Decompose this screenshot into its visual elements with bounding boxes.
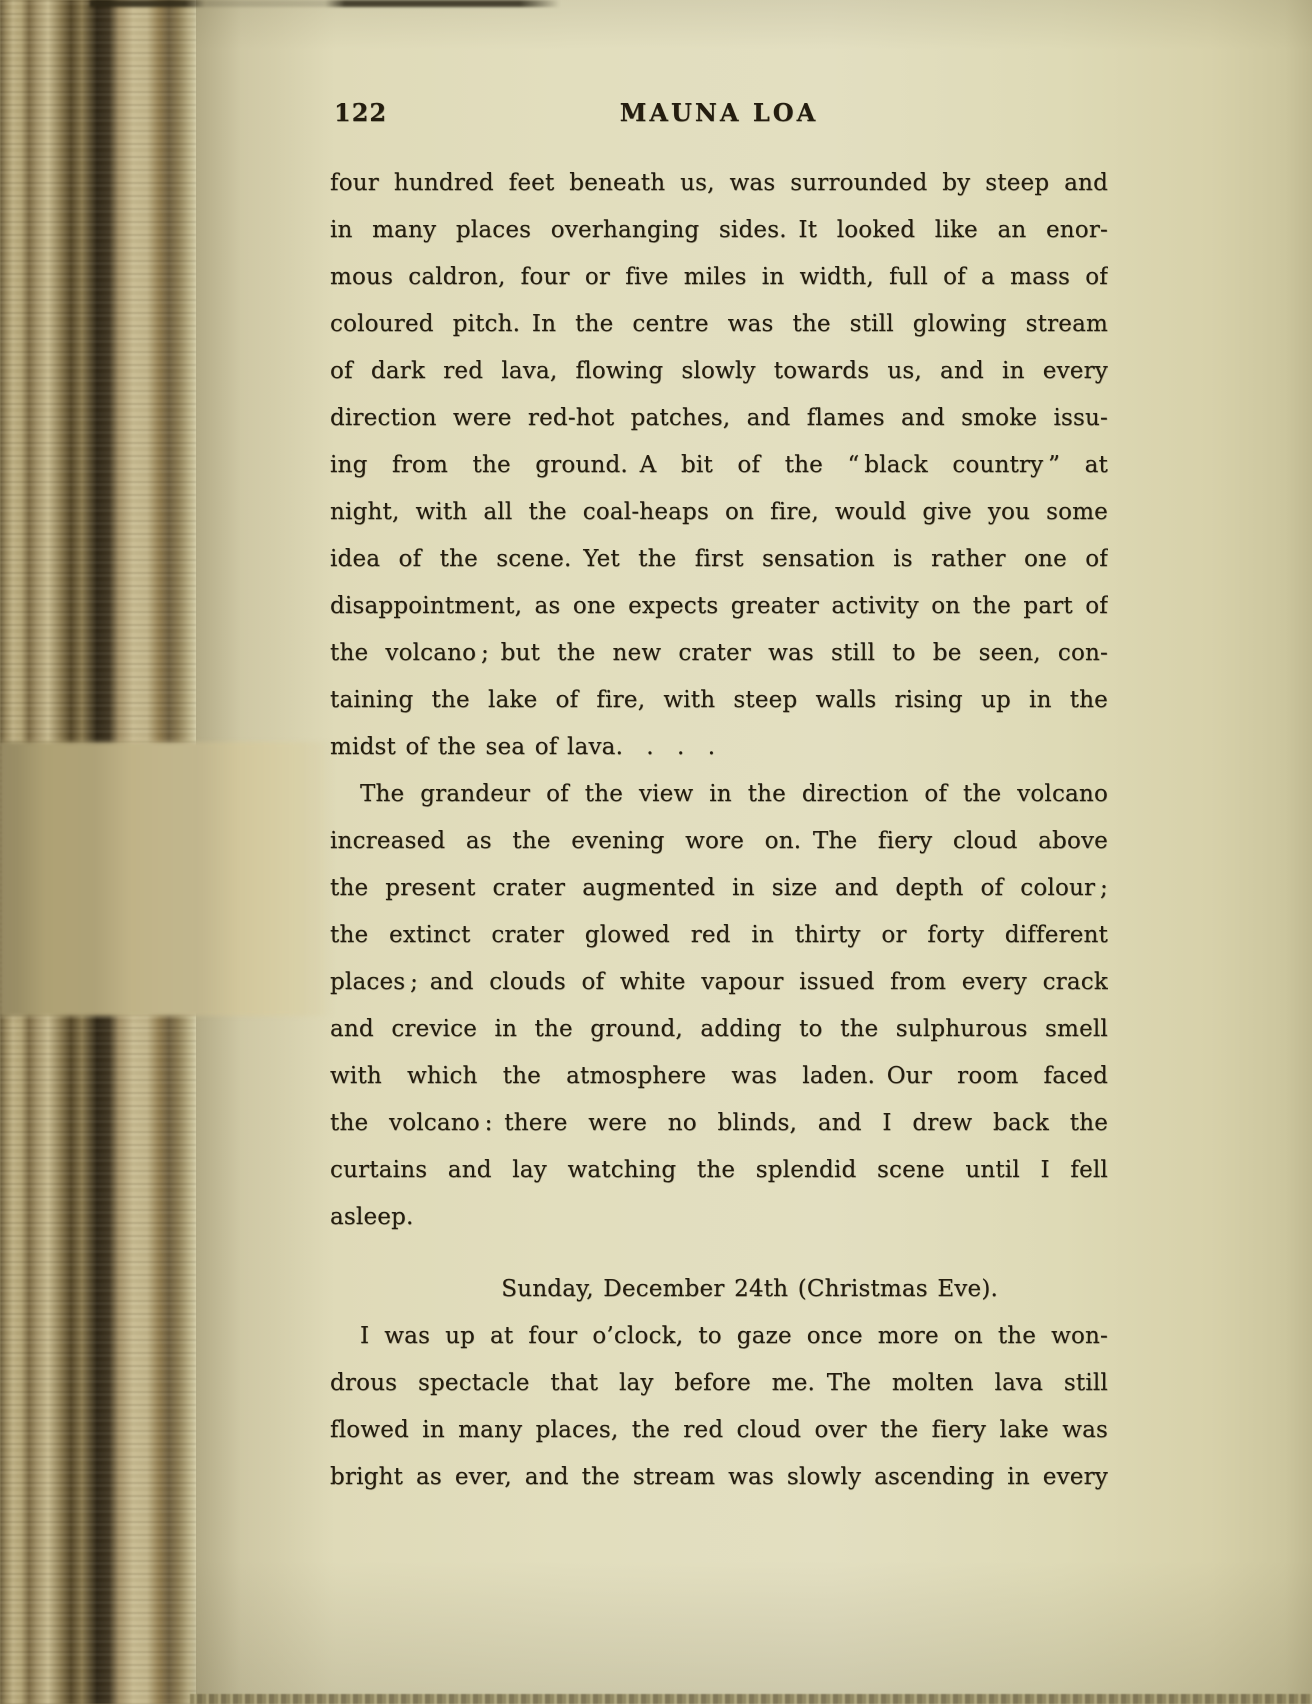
text-line: with which the atmosphere was laden. Our… — [330, 1053, 1108, 1100]
paragraph: The grandeur of the view in the directio… — [330, 771, 1108, 1241]
text-line: I was up at four o’clock, to gaze once m… — [330, 1313, 1108, 1360]
text-line: places ; and clouds of white vapour issu… — [330, 959, 1108, 1006]
paragraph: four hundred feet beneath us, was surrou… — [330, 160, 1108, 771]
text-line: flowed in many places, the red cloud ove… — [330, 1407, 1108, 1454]
text-block: four hundred feet beneath us, was surrou… — [330, 160, 1108, 1501]
text-line: the volcano ; but the new crater was sti… — [330, 630, 1108, 677]
text-line: ing from the ground. A bit of the “ blac… — [330, 442, 1108, 489]
text-line: the extinct crater glowed red in thirty … — [330, 912, 1108, 959]
book-page-scan: 122 MAUNA LOA four hundred feet beneath … — [0, 0, 1312, 1704]
text-line: increased as the evening wore on. The fi… — [330, 818, 1108, 865]
text-line: asleep. — [330, 1194, 1108, 1241]
paragraph: I was up at four o’clock, to gaze once m… — [330, 1313, 1108, 1501]
text-line: night, with all the coal-heaps on fire, … — [330, 489, 1108, 536]
text-line: disappointment, as one expects greater a… — [330, 583, 1108, 630]
text-line: mous caldron, four or five miles in widt… — [330, 254, 1108, 301]
text-line: midst of the sea of lava. . . . — [330, 724, 1108, 771]
text-line: idea of the scene. Yet the first sensati… — [330, 536, 1108, 583]
top-edge-smudge — [90, 0, 560, 7]
text-line: The grandeur of the view in the directio… — [330, 771, 1108, 818]
section-heading: Sunday, December 24th (Christmas Eve). — [330, 1266, 1108, 1313]
running-header: 122 MAUNA LOA — [330, 98, 1108, 132]
text-line: the present crater augmented in size and… — [330, 865, 1108, 912]
text-line: four hundred feet beneath us, was surrou… — [330, 160, 1108, 207]
text-line: taining the lake of fire, with steep wal… — [330, 677, 1108, 724]
text-line: and crevice in the ground, adding to the… — [330, 1006, 1108, 1053]
text-line: drous spectacle that lay before me. The … — [330, 1360, 1108, 1407]
bottom-page-edge — [190, 1694, 1312, 1704]
text-line: direction were red-hot patches, and flam… — [330, 395, 1108, 442]
text-line: of dark red lava, flowing slowly towards… — [330, 348, 1108, 395]
text-line: bright as ever, and the stream was slowl… — [330, 1454, 1108, 1501]
text-line: in many places overhanging sides. It loo… — [330, 207, 1108, 254]
scan-smear-artifact — [0, 742, 334, 1016]
text-line: coloured pitch. In the centre was the st… — [330, 301, 1108, 348]
text-line: curtains and lay watching the splendid s… — [330, 1147, 1108, 1194]
running-title: MAUNA LOA — [330, 98, 1108, 127]
text-line: the volcano : there were no blinds, and … — [330, 1100, 1108, 1147]
